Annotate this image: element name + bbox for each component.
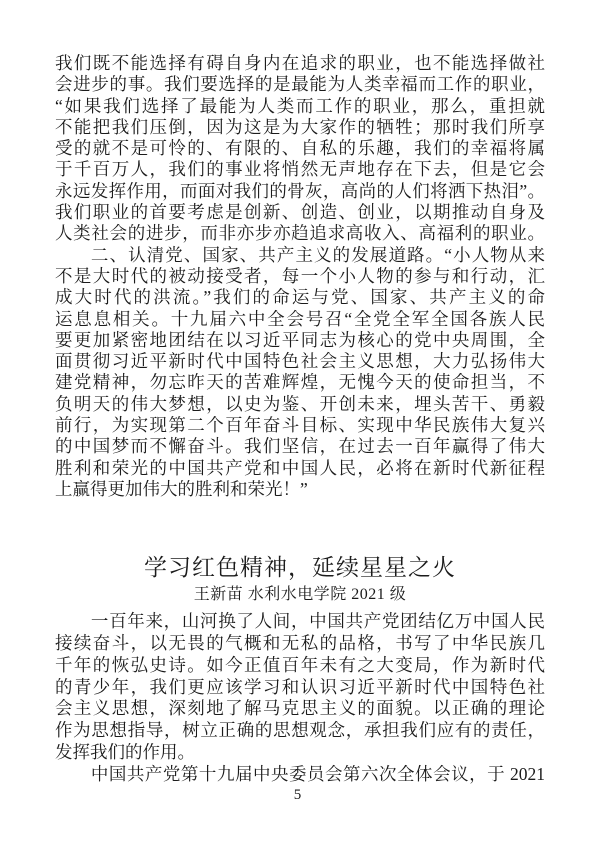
text-line: 于千百万人，我们的事业将悄然无声地存在下去，但是它会 [55,159,545,180]
text-line: 受的就不是可怜的、有限的、自私的乐趣，我们的幸福将属 [55,138,545,159]
text-line: 千年的恢弘史诗。如今正值百年未有之大变局，作为新时代 [55,655,545,677]
text-line: 胜利和荣光的中国共产党和中国人民，必将在新时代新征程 [55,458,545,479]
text-line: 接续奋斗，以无畏的气概和无私的品格，书写了中华民族几 [55,633,545,655]
text-line: 人类社会的进步，而非亦步亦趋追求高收入、高福利的职业。 [55,223,545,244]
paragraph-second-point: 二、认清党、国家、共产主义的发展道路。“小人物从来不是大时代的被动接受者，每一个… [55,245,545,501]
text-line: 发挥我们的作用。 [55,742,545,764]
text-line: 作为思想指导，树立正确的思想观念，承担我们应有的责任， [55,720,545,742]
text-line: 建党精神，勿忘昨天的苦难辉煌，无愧今天的使命担当，不 [55,372,545,393]
text-line: 面贯彻习近平新时代中国特色社会主义思想，大力弘扬伟大 [55,351,545,372]
page-number: 5 [0,786,595,804]
text-line: 我们既不能选择有碍自身内在追求的职业，也不能选择做社 [55,53,545,74]
text-line: 的青少年，我们更应该学习和认识习近平新时代中国特色社 [55,677,545,699]
text-line: 成大时代的洪流。”我们的命运与党、国家、共产主义的命 [55,287,545,308]
document-page: 我们既不能选择有碍自身内在追求的职业，也不能选择做社会进步的事。我们要选择的是最… [0,0,595,842]
text-line: 一百年来，山河换了人间，中国共产党团结亿万中国人民 [55,611,545,633]
text-line: 不是大时代的被动接受者，每一个小人物的参与和行动，汇 [55,266,545,287]
text-line: 会进步的事。我们要选择的是最能为人类幸福而工作的职业， [55,74,545,95]
paragraph-essay-intro: 一百年来，山河换了人间，中国共产党团结亿万中国人民接续奋斗，以无畏的气概和无私的… [55,611,545,764]
text-line: 运息息相关。十九届六中全会号召“全党全军全国各族人民 [55,309,545,330]
paragraph-plenary-session: 中国共产党第十九届中央委员会第六次全体会议，于 2021 [55,764,545,786]
text-line: 中国共产党第十九届中央委员会第六次全体会议，于 2021 [55,764,545,786]
text-line: 永远发挥作用，而面对我们的骨灰，高尚的人们将洒下热泪”。 [55,181,545,202]
text-line: 我们职业的首要考虑是创新、创造、创业，以期推动自身及 [55,202,545,223]
text-line: 会主义思想，深刻地了解马克思主义的面貌。以正确的理论 [55,698,545,720]
essay-title: 学习红色精神，延续星星之火 [55,553,545,583]
text-line: 二、认清党、国家、共产主义的发展道路。“小人物从来 [55,245,545,266]
text-line: 不能把我们压倒，因为这是为大家作的牺牲；那时我们所享 [55,117,545,138]
text-line: 要更加紧密地团结在以习近平同志为核心的党中央周围，全 [55,330,545,351]
text-line: 前行，为实现第二个百年奋斗目标、实现中华民族伟大复兴 [55,415,545,436]
essay-byline: 王新苗 水利水电学院 2021 级 [55,585,545,605]
text-line: 的中国梦而不懈奋斗。我们坚信，在过去一百年赢得了伟大 [55,436,545,457]
text-line: 负明天的伟大梦想，以史为鉴、开创未来，埋头苦干、勇毅 [55,394,545,415]
text-column: 我们既不能选择有碍自身内在追求的职业，也不能选择做社会进步的事。我们要选择的是最… [55,53,545,786]
text-line: 上赢得更加伟大的胜利和荣光！” [55,479,545,500]
text-line: “如果我们选择了最能为人类而工作的职业，那么，重担就 [55,96,545,117]
paragraph-marx-quote: 我们既不能选择有碍自身内在追求的职业，也不能选择做社会进步的事。我们要选择的是最… [55,53,545,245]
